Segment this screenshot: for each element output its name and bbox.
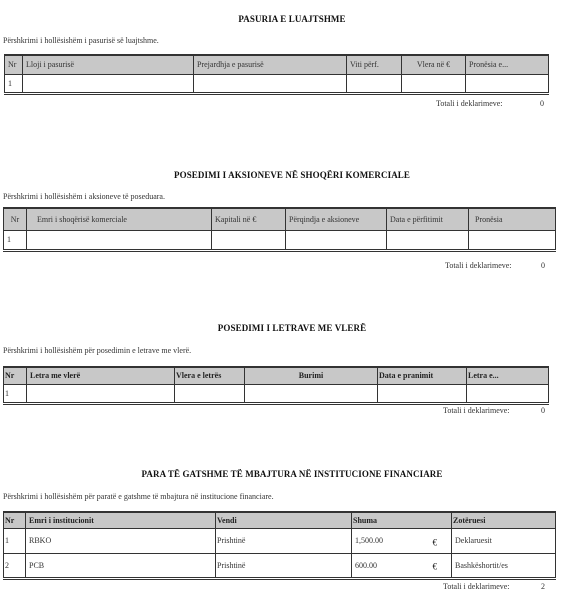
cell-ownership [469, 230, 556, 250]
cell-type [23, 74, 194, 93]
total-declarations: Totali i deklarimeve: 0 [445, 261, 512, 270]
cell-value [402, 74, 466, 93]
total-value: 0 [540, 99, 544, 108]
table-header-row: Nr Emri i institucionit Vendi Shuma Zotë… [4, 512, 556, 528]
column-header-acquisition-date: Data e përfitimit [387, 208, 469, 230]
amount-value: 600.00 [355, 561, 377, 570]
cell-owner: Deklaruesit [452, 528, 556, 553]
cell-place: Prishtinë [216, 553, 352, 578]
cash-holdings-table: Nr Emri i institucionit Vendi Shuma Zotë… [3, 511, 556, 580]
cell-owner: Bashkëshortit/es [452, 553, 556, 578]
movable-assets-table: Nr Lloji i pasurisë Prejardhja e pasuris… [4, 54, 549, 95]
cell-receipt-date [378, 384, 467, 403]
section-description: Përshkrimi i hollësishëm për paratë e ga… [3, 492, 274, 501]
column-header-nr: Nr [5, 55, 23, 74]
column-header-nr: Nr [4, 367, 27, 384]
column-header-security-type: Letra e... [467, 367, 549, 384]
total-declarations: Totali i deklarimeve: 2 [443, 582, 510, 591]
cell-nr: 1 [4, 384, 27, 403]
section-title-movable-assets: PASURIA E LUAJTSHME [0, 14, 584, 24]
column-header-type: Lloji i pasurisë [23, 55, 194, 74]
section-title-cash-holdings: PARA TË GATSHME TË MBAJTURA NË INSTITUCI… [0, 469, 584, 479]
column-header-value: Vlera në € [402, 55, 466, 74]
cell-amount: 1,500.00 € [352, 528, 452, 553]
cell-nr: 2 [4, 553, 26, 578]
total-value: 2 [541, 582, 545, 591]
column-header-nr: Nr [4, 208, 27, 230]
cell-institution: RBKO [26, 528, 216, 553]
column-header-security: Letra me vlerë [27, 367, 175, 384]
cell-institution: PCB [26, 553, 216, 578]
cell-year [347, 74, 402, 93]
column-header-year: Viti përf. [347, 55, 402, 74]
cell-capital [212, 230, 286, 250]
section-description: Përshkrimi i hollësishëm i pasurisë së l… [3, 36, 159, 45]
cell-ownership [466, 74, 549, 93]
cell-amount: 600.00 € [352, 553, 452, 578]
total-declarations: Totali i deklarimeve: 0 [436, 99, 503, 108]
total-label: Totali i deklarimeve: [443, 406, 510, 415]
cell-nr: 1 [5, 74, 23, 93]
cell-nr: 1 [4, 230, 27, 250]
total-label: Totali i deklarimeve: [445, 261, 512, 270]
column-header-capital: Kapitali në € [212, 208, 286, 230]
table-row: 1 [5, 74, 549, 93]
table-row: 2 PCB Prishtinë 600.00 € Bashkëshortit/e… [4, 553, 556, 578]
column-header-amount: Shuma [352, 512, 452, 528]
column-header-security-value: Vlera e letrës [175, 367, 245, 384]
amount-value: 1,500.00 [355, 536, 383, 545]
cell-share-percentage [286, 230, 387, 250]
cell-acquisition-date [387, 230, 469, 250]
column-header-share-percentage: Përqindja e aksioneve [286, 208, 387, 230]
total-label: Totali i deklarimeve: [443, 582, 510, 591]
total-declarations: Totali i deklarimeve: 0 [443, 406, 510, 415]
section-description: Përshkrimi i hollësishëm për posedimin e… [3, 346, 191, 355]
column-header-institution: Emri i institucionit [26, 512, 216, 528]
column-header-receipt-date: Data e pranimit [378, 367, 467, 384]
cell-source [245, 384, 378, 403]
table-header-row: Nr Letra me vlerë Vlera e letrës Burimi … [4, 367, 549, 384]
section-description: Përshkrimi i hollësishëm i aksioneve të … [3, 192, 165, 201]
cell-origin [194, 74, 347, 93]
cell-nr: 1 [4, 528, 26, 553]
column-header-company-name: Emri i shoqërisë komerciale [27, 208, 212, 230]
cell-security-value [175, 384, 245, 403]
column-header-ownership: Pronësia [469, 208, 556, 230]
column-header-owner: Zotëruesi [452, 512, 556, 528]
column-header-place: Vendi [216, 512, 352, 528]
total-value: 0 [541, 261, 545, 270]
table-header-row: Nr Lloji i pasurisë Prejardhja e pasuris… [5, 55, 549, 74]
section-title-shares: POSEDIMI I AKSIONEVE NË SHOQËRI KOMERCIA… [0, 170, 584, 180]
shares-table: Nr Emri i shoqërisë komerciale Kapitali … [3, 207, 556, 252]
column-header-origin: Prejardhja e pasurisë [194, 55, 347, 74]
column-header-source: Burimi [245, 367, 378, 384]
securities-table: Nr Letra me vlerë Vlera e letrës Burimi … [3, 366, 549, 405]
section-title-securities: POSEDIMI I LETRAVE ME VLERË [0, 323, 584, 333]
cell-company-name [27, 230, 212, 250]
euro-currency-icon: € [433, 537, 438, 547]
column-header-ownership: Pronësia e... [466, 55, 549, 74]
table-row: 1 [4, 384, 549, 403]
cell-security-type [467, 384, 549, 403]
total-label: Totali i deklarimeve: [436, 99, 503, 108]
total-value: 0 [541, 406, 545, 415]
column-header-nr: Nr [4, 512, 26, 528]
cell-place: Prishtinë [216, 528, 352, 553]
euro-currency-icon: € [433, 562, 438, 572]
table-row: 1 RBKO Prishtinë 1,500.00 € Deklaruesit [4, 528, 556, 553]
table-row: 1 [4, 230, 556, 250]
table-header-row: Nr Emri i shoqërisë komerciale Kapitali … [4, 208, 556, 230]
cell-security [27, 384, 175, 403]
